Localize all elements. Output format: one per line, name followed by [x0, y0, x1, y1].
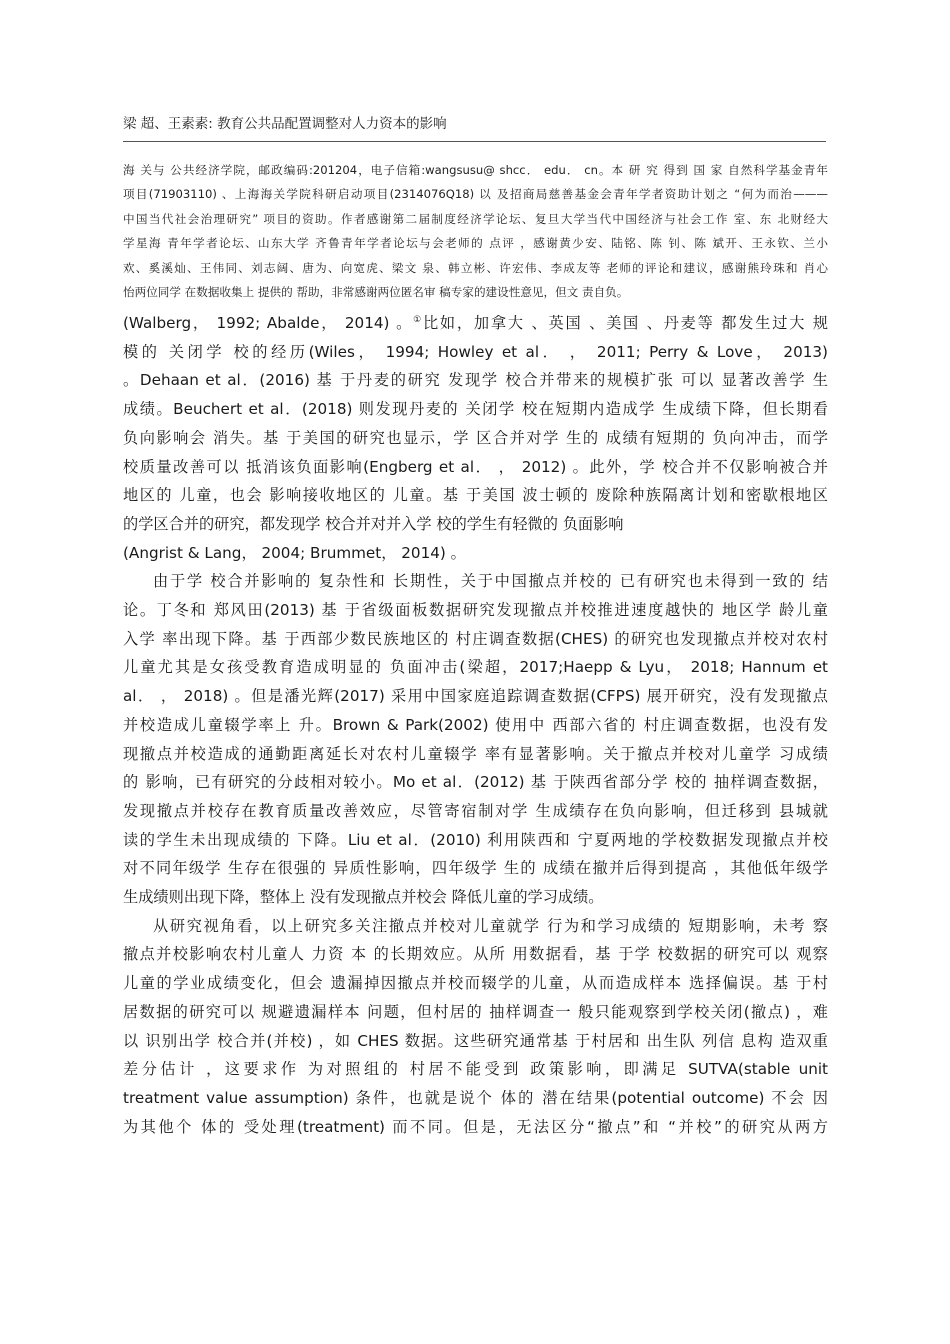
body-text: (Walberg， 1992; Abalde， 2014) 。①比如，加拿大 、…	[123, 309, 828, 1141]
paragraph-line: 并校造成儿童辍学率上 升。Brown & Park(2002) 使用中 西部六省…	[123, 711, 828, 740]
paragraph-line: (Angrist & Lang， 2004; Brummet， 2014) 。	[123, 539, 828, 568]
running-header-title: 梁 超、王素素: 教育公共品配置调整对人力资本的影响	[123, 112, 828, 136]
paragraph-line: 论。丁冬和 郑风田(2013) 基 于省级面板数据研究发现撤点并校推进速度越快的…	[123, 596, 828, 625]
footnote-line: 中国当代社会治理研究” 项目的资助。作者感谢第二届制度经济学论坛、复旦大学当代中…	[123, 207, 828, 231]
paragraph-line: 儿童的学业成绩变化，但会 遗漏掉因撤点并校而辍学的儿童，从而造成样本 选择偏误。…	[123, 969, 828, 998]
paragraph-line: 由于学 校合并影响的 复杂性和 长期性，关于中国撤点并校的 已有研究也未得到一致…	[123, 567, 828, 596]
paragraph-line: 现撤点并校造成的通勤距离延长对农村儿童辍学 率有显著影响。关于撤点并校对儿童学 …	[123, 740, 828, 769]
footnote-line: 海 关与 公共经济学院，邮政编码:201204，电子信箱:wangsusu@ s…	[123, 158, 828, 182]
paragraph-line: 校质量改善可以 抵消该负面影响(Engberg et al． ， 2012) 。…	[123, 453, 828, 482]
paragraph-line: (Walberg， 1992; Abalde， 2014) 。①比如，加拿大 、…	[123, 309, 828, 338]
footnote-line: 欢、奚溪灿、王伟同、刘志阔、唐为、向宽虎、梁文 泉、韩立彬、许宏伟、李成友等 老…	[123, 256, 828, 280]
footnote-line: 学星海 青年学者论坛、山东大学 齐鲁青年学者论坛与会老师的 点评 ，感谢黄少安、…	[123, 231, 828, 255]
paragraph-line: 生成绩则出现下降，整体上 没有发现撤点并校会 降低儿童的学习成绩。	[123, 883, 828, 912]
paragraph-line: 对不同年级学 生存在很强的 异质性影响，四年级学 生的 成绩在撤并后得到提高 ，…	[123, 854, 828, 883]
paragraph-line: 负向影响会 消失。基 于美国的研究也显示，学 区合并对学 生的 成绩有短期的 负…	[123, 424, 828, 453]
paragraph-line-text: 比如，加拿大 、英国 、美国 、丹麦等 都发生过大 规	[423, 314, 828, 332]
paragraph-line: 地区的 儿童，也会 影响接收地区的 儿童。基 于美国 波士顿的 废除种族隔离计划…	[123, 481, 828, 510]
paragraph-line: 为其他个 体的 受处理(treatment) 而不同。但是，无法区分“撤点”和 …	[123, 1113, 828, 1142]
paragraph-line: 撤点并校影响农村儿童人 力资 本 的长期效应。从所 用数据看，基 于学 校数据的…	[123, 940, 828, 969]
paragraph-1: (Walberg， 1992; Abalde， 2014) 。①比如，加拿大 、…	[123, 309, 828, 567]
paragraph-line: 居数据的研究可以 规避遗漏样本 问题，但村居的 抽样调查一 般只能观察到学校关闭…	[123, 998, 828, 1027]
paragraph-line: 。Dehaan et al．(2016) 基 于丹麦的研究 发现学 校合并带来的…	[123, 366, 828, 395]
paragraph-line: 发现撤点并校存在教育质量改善效应，尽管寄宿制对学 生成绩存在负向影响，但迁移到 …	[123, 797, 828, 826]
paragraph-line: 的 影响，已有研究的分歧相对较小。Mo et al．(2012) 基 于陕西省部…	[123, 768, 828, 797]
paragraph-line: 读的学生未出现成绩的 下降。Liu et al．(2010) 利用陕西和 宁夏两…	[123, 826, 828, 855]
paragraph-line: treatment value assumption) 条件，也就是说个 体的 …	[123, 1084, 828, 1113]
paragraph-line: 入学 率出现下降。基 于西部少数民族地区的 村庄调查数据(CHES) 的研究也发…	[123, 625, 828, 654]
paragraph-line: 的学区合并的研究，都发现学 校合并对并入学 校的学生有轻微的 负面影响	[123, 510, 828, 539]
paragraph-line: 以 识别出学 校合并(并校) ，如 CHES 数据。这些研究通常基 于村居和 出…	[123, 1027, 828, 1056]
citation-text: (Walberg， 1992; Abalde， 2014) 。	[123, 314, 413, 332]
paragraph-line: al． ， 2018) 。但是潘光辉(2017) 采用中国家庭追踪调查数据(CF…	[123, 682, 828, 711]
footnote-line: 怡两位同学 在数据收集上 提供的 帮助，非常感谢两位匿名审 稿专家的建设性意见，…	[123, 280, 828, 304]
paragraph-line: 差分估计 ，这要求作 为对照组的 村居不能受到 政策影响，即满足 SUTVA(s…	[123, 1055, 828, 1084]
paragraph-2: 由于学 校合并影响的 复杂性和 长期性，关于中国撤点并校的 已有研究也未得到一致…	[123, 567, 828, 911]
paragraph-line: 成绩。Beuchert et al．(2018) 则发现丹麦的 关闭学 校在短期…	[123, 395, 828, 424]
header-divider	[123, 141, 826, 142]
author-footnote: 海 关与 公共经济学院，邮政编码:201204，电子信箱:wangsusu@ s…	[123, 158, 828, 304]
paragraph-line: 儿童尤其是女孩受教育造成明显的 负面冲击(梁超，2017;Haepp & Lyu…	[123, 653, 828, 682]
footnote-line: 项目(71903110) 、上海海关学院科研启动项目(2314076Q18) 以…	[123, 182, 828, 206]
footnote-marker[interactable]: ①	[413, 315, 423, 325]
paragraph-line: 模的 关闭学 校的经历(Wiles， 1994; Howley et al． ，…	[123, 338, 828, 367]
paragraph-3: 从研究视角看，以上研究多关注撤点并校对儿童就学 行为和学习成绩的 短期影响，未考…	[123, 912, 828, 1142]
paragraph-line: 从研究视角看，以上研究多关注撤点并校对儿童就学 行为和学习成绩的 短期影响，未考…	[123, 912, 828, 941]
